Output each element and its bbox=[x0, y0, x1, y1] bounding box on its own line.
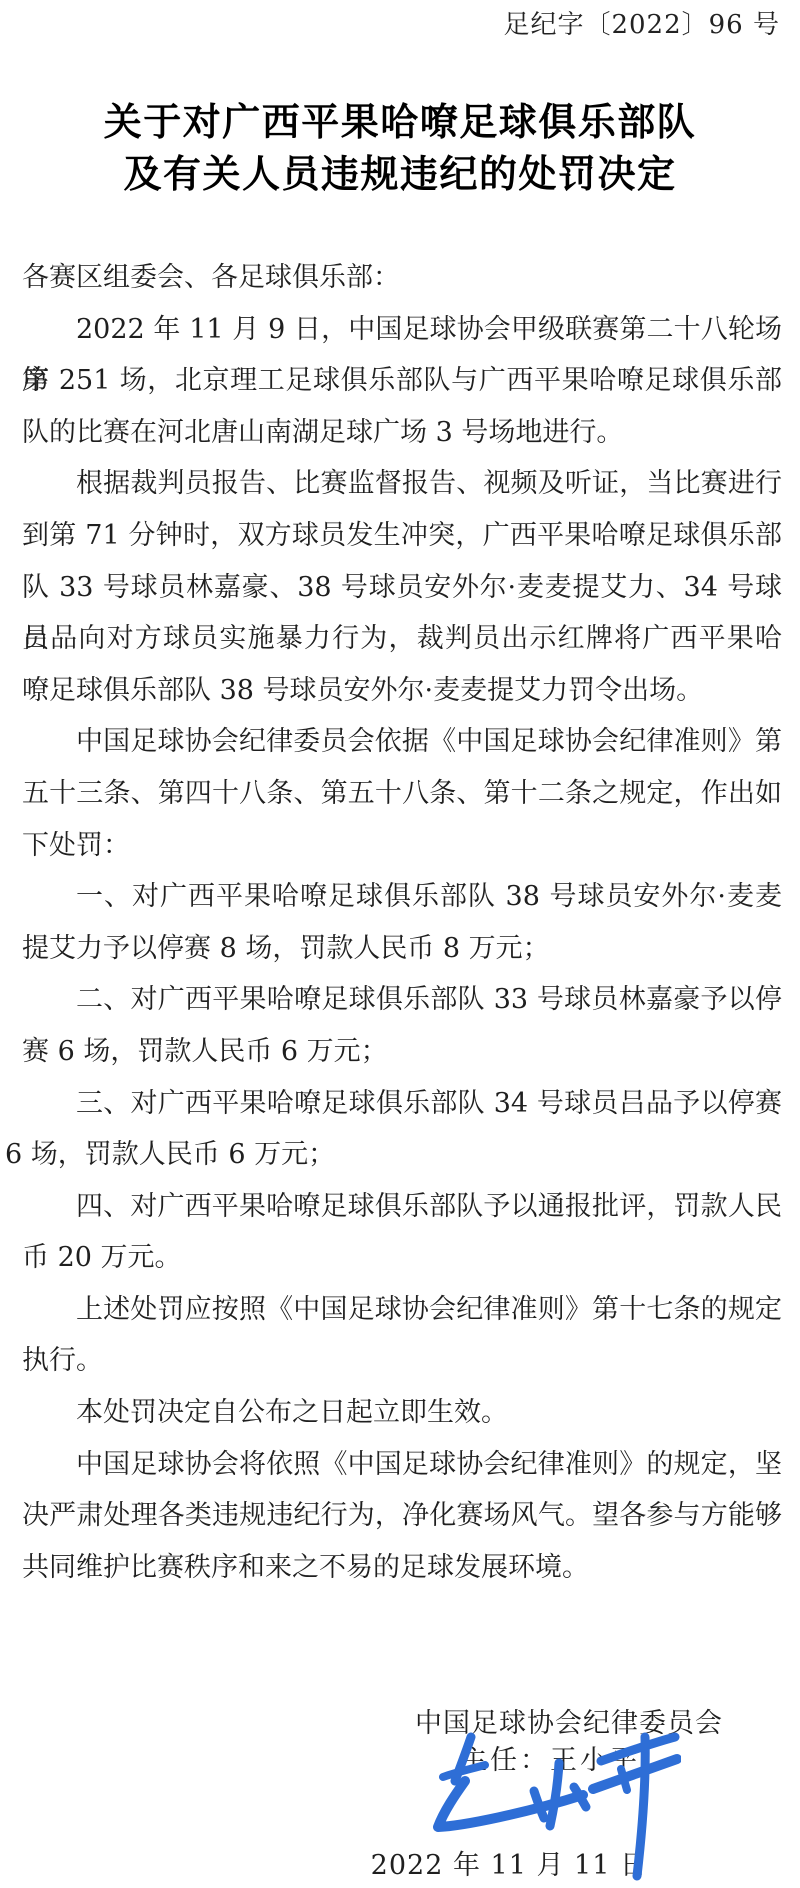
body-line: 五十三条、第四十八条、第五十八条、第十二条之规定，作出如 bbox=[22, 768, 782, 820]
body-line: 嘹足球俱乐部队 38 号球员安外尔·麦麦提艾力罚令出场。 bbox=[22, 665, 782, 717]
title-line-2: 及有关人员违规违纪的处罚决定 bbox=[0, 148, 800, 200]
body-line: 四、对广西平果哈嘹足球俱乐部队予以通报批评，罚款人民 bbox=[22, 1181, 782, 1233]
body-line: 一、对广西平果哈嘹足球俱乐部队 38 号球员安外尔·麦麦 bbox=[22, 871, 782, 923]
body-line: 币 20 万元。 bbox=[22, 1232, 782, 1284]
body-line: 三、对广西平果哈嘹足球俱乐部队 34 号球员吕品予以停赛 bbox=[22, 1078, 782, 1130]
document-body: 各赛区组委会、各足球俱乐部： 2022 年 11 月 9 日，中国足球协会甲级联… bbox=[22, 252, 782, 1593]
body-line: 根据裁判员报告、比赛监督报告、视频及听证，当比赛进行 bbox=[22, 458, 782, 510]
body-line: 第 251 场，北京理工足球俱乐部队与广西平果哈嘹足球俱乐部 bbox=[22, 355, 782, 407]
document-title: 关于对广西平果哈嘹足球俱乐部队 及有关人员违规违纪的处罚决定 bbox=[0, 96, 800, 200]
body-line: 队的比赛在河北唐山南湖足球广场 3 号场地进行。 bbox=[22, 407, 782, 459]
body-line: 执行。 bbox=[22, 1335, 782, 1387]
body-line: 6 场，罚款人民币 6 万元； bbox=[5, 1129, 782, 1181]
body-line: 共同维护比赛秩序和来之不易的足球发展环境。 bbox=[22, 1542, 782, 1594]
body-line: 中国足球协会将依照《中国足球协会纪律准则》的规定，坚 bbox=[22, 1439, 782, 1491]
body-line: 提艾力予以停赛 8 场，罚款人民币 8 万元； bbox=[22, 923, 782, 975]
body-line: 中国足球协会纪律委员会依据《中国足球协会纪律准则》第 bbox=[22, 716, 782, 768]
title-line-1: 关于对广西平果哈嘹足球俱乐部队 bbox=[0, 96, 800, 148]
body-line: 各赛区组委会、各足球俱乐部： bbox=[22, 252, 782, 304]
body-line: 队 33 号球员林嘉豪、38 号球员安外尔·麦麦提艾力、34 号球员 bbox=[22, 562, 782, 614]
body-line: 二、对广西平果哈嘹足球俱乐部队 33 号球员林嘉豪予以停 bbox=[22, 974, 782, 1026]
document-page: 足纪字〔2022〕96 号 关于对广西平果哈嘹足球俱乐部队 及有关人员违规违纪的… bbox=[0, 0, 800, 1888]
body-line: 赛 6 场，罚款人民币 6 万元； bbox=[22, 1026, 782, 1078]
body-line: 吕品向对方球员实施暴力行为，裁判员出示红牌将广西平果哈 bbox=[22, 613, 782, 665]
body-line: 上述处罚应按照《中国足球协会纪律准则》第十七条的规定 bbox=[22, 1284, 782, 1336]
body-line: 2022 年 11 月 9 日，中国足球协会甲级联赛第二十八轮场序 bbox=[22, 304, 782, 356]
handwritten-signature bbox=[431, 1729, 681, 1884]
body-line: 下处罚： bbox=[22, 820, 782, 872]
doc-number: 足纪字〔2022〕96 号 bbox=[503, 10, 780, 40]
body-line: 本处罚决定自公布之日起立即生效。 bbox=[22, 1387, 782, 1439]
body-line: 到第 71 分钟时，双方球员发生冲突，广西平果哈嘹足球俱乐部 bbox=[22, 510, 782, 562]
body-line: 决严肃处理各类违规违纪行为，净化赛场风气。望各参与方能够 bbox=[22, 1490, 782, 1542]
